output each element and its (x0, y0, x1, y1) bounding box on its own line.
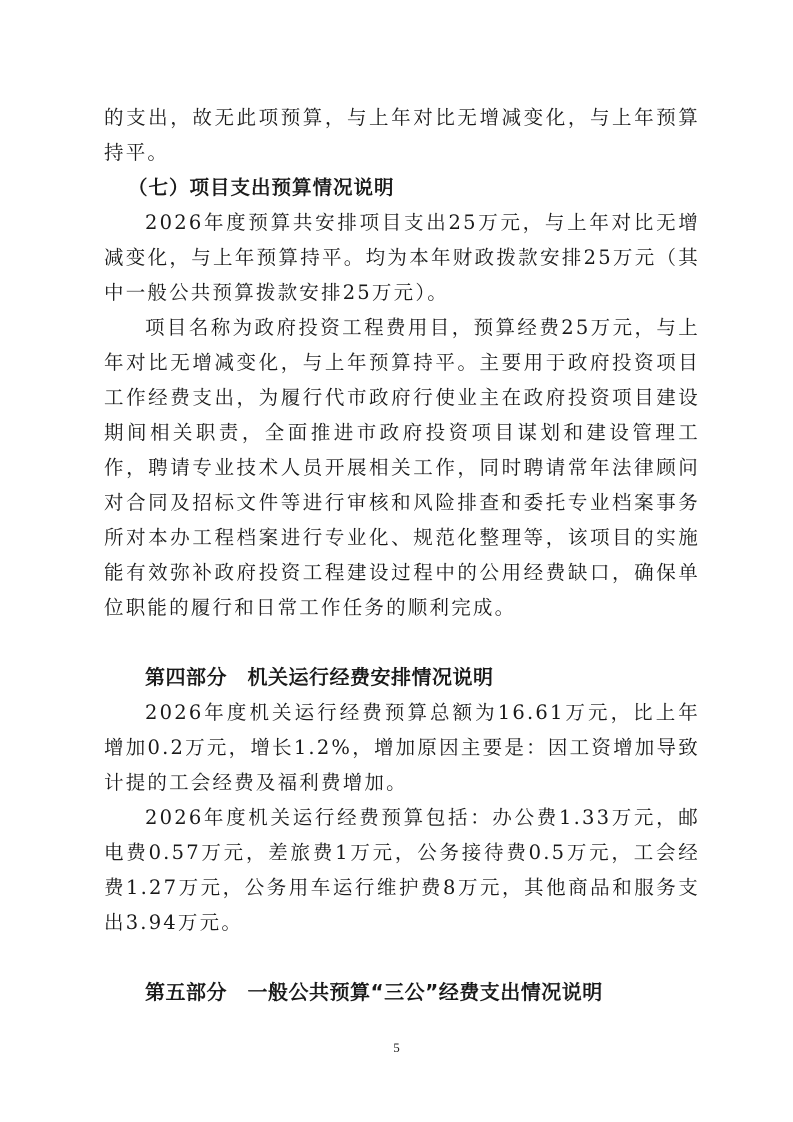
part-5-heading: 第五部分 一般公共预算“三公”经费支出情况说明 (104, 975, 700, 1010)
part-4-heading: 第四部分 机关运行经费安排情况说明 (104, 660, 700, 695)
page-number: 5 (0, 1040, 793, 1056)
part-4-paragraph-1: 2026年度机关运行经费预算总额为16.61万元，比上年增加0.2万元，增长1.… (104, 695, 700, 800)
section-7-paragraph-1: 2026年度预算共安排项目支出25万元，与上年对比无增减变化，与上年预算持平。均… (104, 205, 700, 310)
section-7-paragraph-2: 项目名称为政府投资工程费用目，预算经费25万元，与上年对比无增减变化，与上年预算… (104, 310, 700, 625)
continuation-paragraph: 的支出，故无此项预算，与上年对比无增减变化，与上年预算持平。 (104, 100, 700, 170)
section-7-heading: （七）项目支出预算情况说明 (104, 170, 700, 205)
document-page: 的支出，故无此项预算，与上年对比无增减变化，与上年预算持平。 （七）项目支出预算… (104, 100, 700, 1010)
spacer (104, 625, 700, 660)
spacer (104, 940, 700, 975)
part-4-paragraph-2: 2026年度机关运行经费预算包括：办公费1.33万元，邮电费0.57万元，差旅费… (104, 800, 700, 940)
